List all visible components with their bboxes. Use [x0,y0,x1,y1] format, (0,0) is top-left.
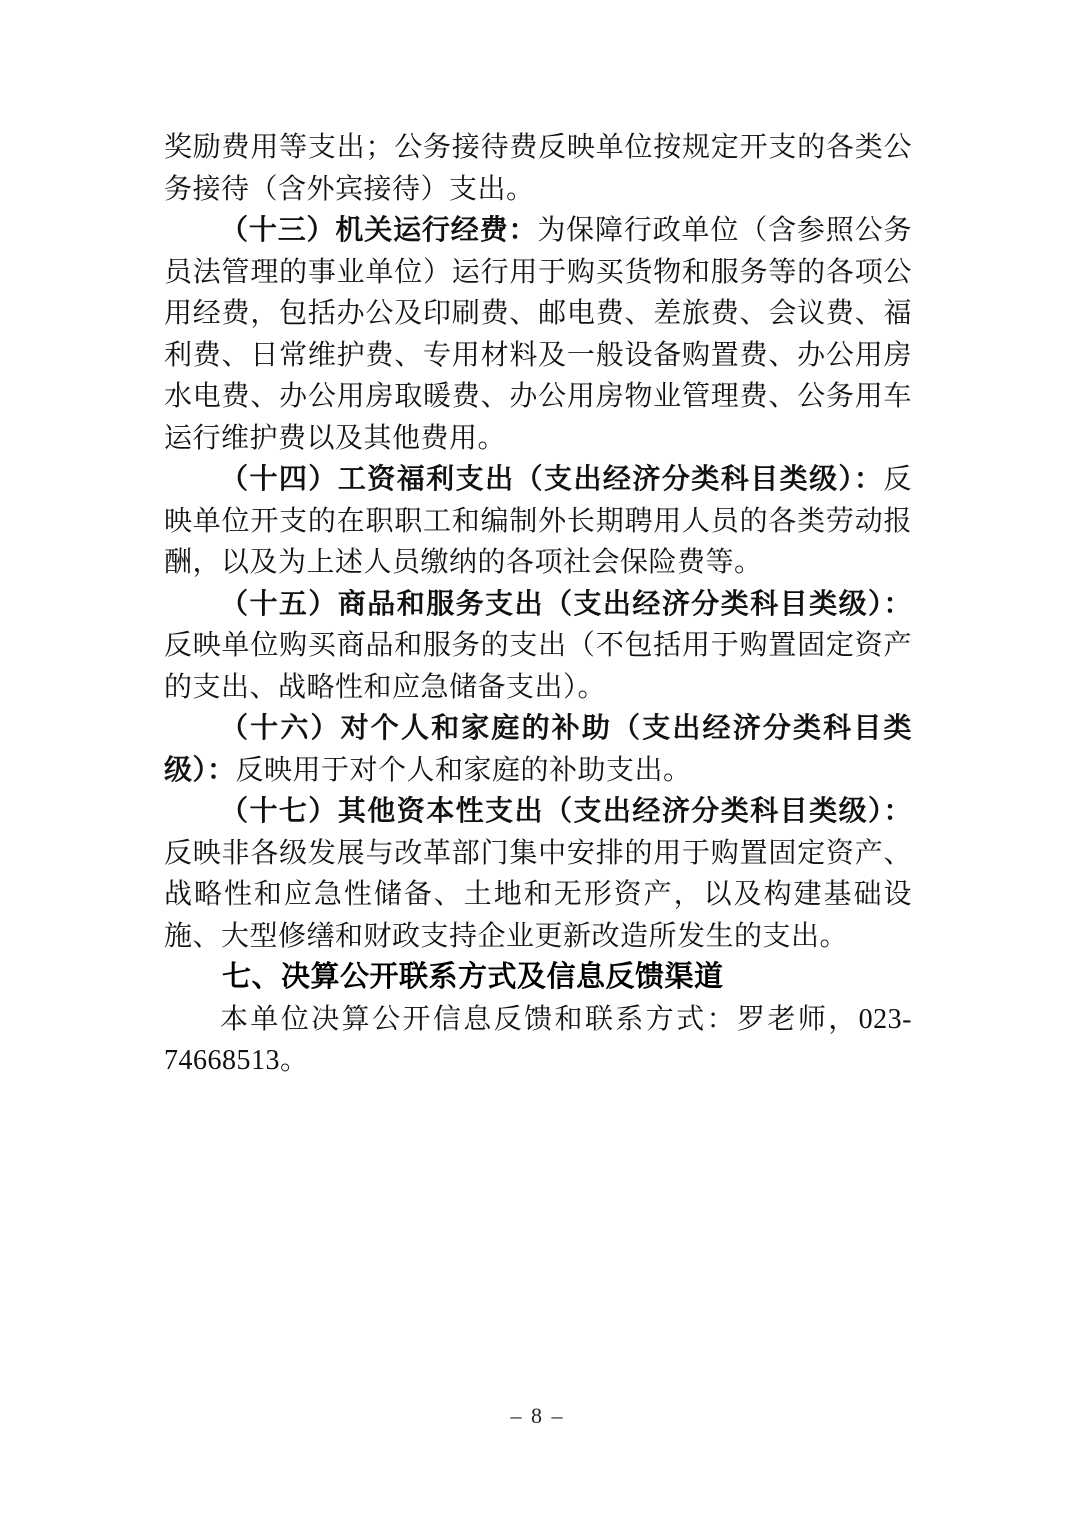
paragraph-text: 反映非各级发展与改革部门集中安排的用于购置固定资产、战略性和应急性储备、土地和无… [164,838,912,952]
document-body: 奖励费用等支出；公务接待费反映单位按规定开支的各类公务接待（含外宾接待）支出。 … [164,127,912,1082]
paragraph-text: 反映用于对个人和家庭的补助支出。 [236,755,692,786]
paragraph-text: 反映单位购买商品和服务的支出（不包括用于购置固定资产的支出、战略性和应急储备支出… [164,630,912,703]
paragraph-lead: （十五）商品和服务支出（支出经济分类科目类级）： [220,589,912,620]
paragraph-lead: （十四）工资福利支出（支出经济分类科目类级）： [220,464,883,495]
page-number: – 8 – [0,1402,1075,1430]
paragraph-contact: 本单位决算公开信息反馈和联系方式：罗老师，023-74668513。 [164,999,912,1082]
paragraph-lead: （十三）机关运行经费： [220,215,537,246]
paragraph-item-13: （十三）机关运行经费：为保障行政单位（含参照公务员法管理的事业单位）运行用于购买… [164,210,912,459]
paragraph-item-14: （十四）工资福利支出（支出经济分类科目类级）：反映单位开支的在职职工和编制外长期… [164,459,912,584]
paragraph-item-17: （十七）其他资本性支出（支出经济分类科目类级）：反映非各级发展与改革部门集中安排… [164,791,912,957]
paragraph-lead: （十七）其他资本性支出（支出经济分类科目类级）： [220,796,912,827]
document-page: 奖励费用等支出；公务接待费反映单位按规定开支的各类公务接待（含外宾接待）支出。 … [0,0,1075,1520]
paragraph-text: 为保障行政单位（含参照公务员法管理的事业单位）运行用于购买货物和服务等的各项公用… [164,215,912,454]
paragraph-text: 本单位决算公开信息反馈和联系方式：罗老师，023-74668513。 [164,1004,912,1077]
section-heading-7: 七、决算公开联系方式及信息反馈渠道 [164,957,912,999]
paragraph-item-15: （十五）商品和服务支出（支出经济分类科目类级）：反映单位购买商品和服务的支出（不… [164,584,912,709]
paragraph-continuation: 奖励费用等支出；公务接待费反映单位按规定开支的各类公务接待（含外宾接待）支出。 [164,127,912,210]
paragraph-text: 奖励费用等支出；公务接待费反映单位按规定开支的各类公务接待（含外宾接待）支出。 [164,132,912,205]
paragraph-item-16: （十六）对个人和家庭的补助（支出经济分类科目类级）：反映用于对个人和家庭的补助支… [164,708,912,791]
